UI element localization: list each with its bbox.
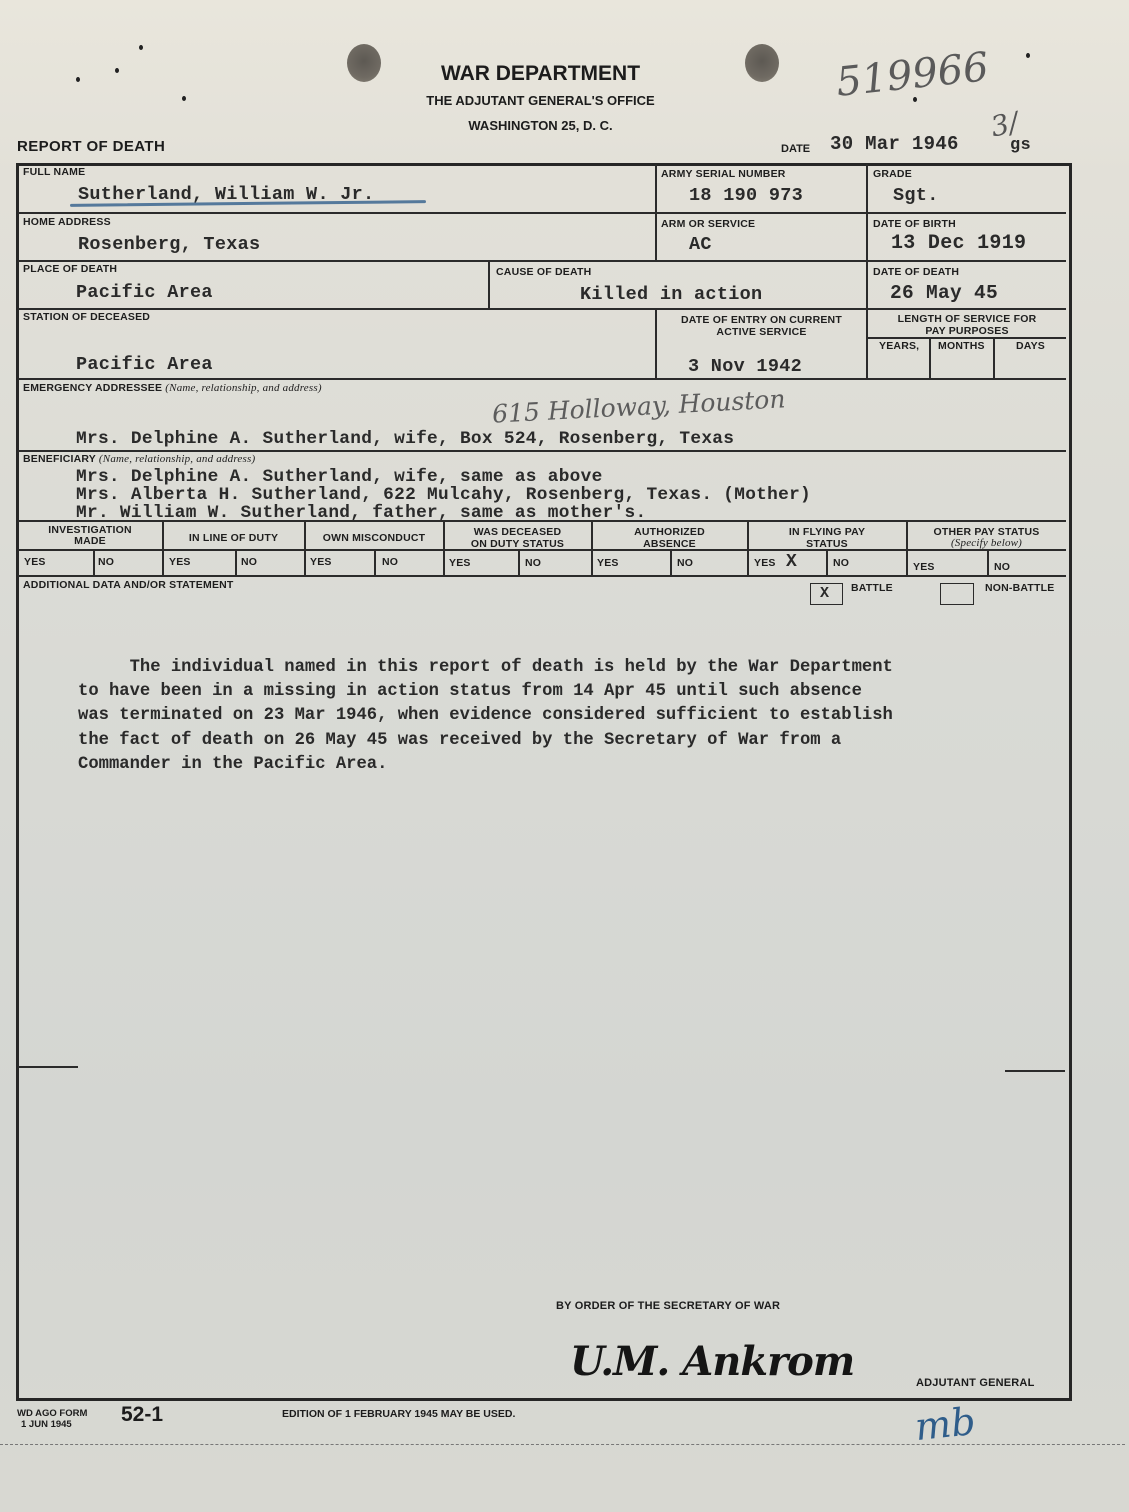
investigation-header-2: MADE xyxy=(18,535,162,547)
form-title: REPORT OF DEATH xyxy=(17,138,165,155)
additional-data-label: ADDITIONAL DATA AND/OR STATEMENT xyxy=(23,579,234,591)
other-pay-no[interactable]: NO xyxy=(994,561,1010,573)
home-address-value: Rosenberg, Texas xyxy=(78,234,260,255)
non-battle-label: NON-BATTLE xyxy=(985,582,1054,594)
rule xyxy=(488,261,490,308)
cause-of-death-value: Killed in action xyxy=(580,284,762,305)
station-label: STATION OF DECEASED xyxy=(23,311,150,323)
misconduct-header: OWN MISCONDUCT xyxy=(305,532,443,544)
by-order-text: BY ORDER OF THE SECRETARY OF WAR xyxy=(556,1300,780,1312)
signature-title: ADJUTANT GENERAL xyxy=(916,1377,1035,1389)
cause-of-death-label: CAUSE OF DEATH xyxy=(496,266,591,278)
date-of-birth-label: DATE OF BIRTH xyxy=(873,218,956,230)
investigation-yes[interactable]: YES xyxy=(24,556,46,568)
non-battle-checkbox[interactable] xyxy=(940,583,974,605)
rule xyxy=(18,450,1066,452)
flying-pay-header-2: STATUS xyxy=(748,538,906,550)
emergency-addressee-title: EMERGENCY ADDRESSEE xyxy=(23,382,162,394)
report-date: 30 Mar 1946 xyxy=(830,133,959,155)
dashed-edge xyxy=(0,1444,1125,1445)
line-of-duty-yes[interactable]: YES xyxy=(169,556,191,568)
duty-status-no[interactable]: NO xyxy=(525,557,541,569)
rule xyxy=(866,164,868,378)
entry-date-label-1: DATE OF ENTRY ON CURRENT xyxy=(657,314,866,326)
rule xyxy=(18,308,1066,310)
rule xyxy=(655,164,657,213)
rule xyxy=(993,338,995,378)
months-label: MONTHS xyxy=(938,340,985,352)
rule xyxy=(868,337,1066,339)
duty-status-header-2: ON DUTY STATUS xyxy=(444,538,591,550)
grade-label: GRADE xyxy=(873,168,912,180)
other-pay-hint: (Specify below) xyxy=(951,537,1022,549)
rule xyxy=(655,213,657,260)
station-value: Pacific Area xyxy=(76,354,213,375)
speck xyxy=(1026,53,1030,58)
rule xyxy=(18,378,1066,380)
other-pay-yes[interactable]: YES xyxy=(913,561,935,573)
battle-checkbox[interactable]: X xyxy=(810,583,843,605)
rule xyxy=(18,212,1066,214)
rule xyxy=(929,338,931,378)
entry-date-label-2: ACTIVE SERVICE xyxy=(657,326,866,338)
absence-header-1: AUTHORIZED xyxy=(592,526,747,538)
flying-pay-no[interactable]: NO xyxy=(833,557,849,569)
beneficiary-hint: (Name, relationship, and address) xyxy=(99,453,255,465)
flying-pay-yes[interactable]: YES xyxy=(754,557,776,569)
date-of-death-label: DATE OF DEATH xyxy=(873,266,959,278)
rule xyxy=(374,550,376,575)
service-length-label-2: PAY PURPOSES xyxy=(868,325,1066,337)
battle-check-mark: X xyxy=(820,585,829,602)
rule xyxy=(93,550,95,575)
rule xyxy=(235,550,237,575)
arm-service-value: AC xyxy=(689,234,712,255)
beneficiary-label: BENEFICIARY (Name, relationship, and add… xyxy=(23,453,255,465)
date-of-birth-value: 13 Dec 1919 xyxy=(891,232,1026,255)
fold-mark-right xyxy=(1005,1070,1065,1072)
rule xyxy=(304,521,306,575)
arm-service-label: ARM OR SERVICE xyxy=(661,218,755,230)
typist-initials: gs xyxy=(1010,136,1031,155)
form-label-line-2: 1 JUN 1945 xyxy=(21,1419,72,1430)
beneficiary-title: BENEFICIARY xyxy=(23,453,96,465)
beneficiary-line-1: Mrs. Delphine A. Sutherland, wife, same … xyxy=(76,467,603,487)
emergency-addressee-value: Mrs. Delphine A. Sutherland, wife, Box 5… xyxy=(76,429,734,449)
absence-yes[interactable]: YES xyxy=(597,557,619,569)
rule xyxy=(18,575,1066,577)
entry-date-value: 3 Nov 1942 xyxy=(688,356,802,377)
misconduct-no[interactable]: NO xyxy=(382,556,398,568)
beneficiary-line-2: Mrs. Alberta H. Sutherland, 622 Mulcahy,… xyxy=(76,485,811,505)
fold-mark-left xyxy=(18,1066,78,1068)
emergency-addressee-hint: (Name, relationship, and address) xyxy=(165,382,321,394)
rule xyxy=(826,550,828,575)
investigation-no[interactable]: NO xyxy=(98,556,114,568)
misconduct-yes[interactable]: YES xyxy=(310,556,332,568)
days-label: DAYS xyxy=(1016,340,1045,352)
absence-header-2: ABSENCE xyxy=(592,538,747,550)
place-of-death-value: Pacific Area xyxy=(76,282,213,303)
date-of-death-value: 26 May 45 xyxy=(890,282,998,304)
rule xyxy=(518,550,520,575)
line-of-duty-no[interactable]: NO xyxy=(241,556,257,568)
line-of-duty-header: IN LINE OF DUTY xyxy=(163,532,304,544)
beneficiary-line-3: Mr. William W. Sutherland, father, same … xyxy=(76,503,646,523)
blue-ink-initials: mb xyxy=(913,1399,978,1449)
date-label: DATE xyxy=(781,143,810,155)
office-location: WASHINGTON 25, D. C. xyxy=(0,118,1105,133)
grade-value: Sgt. xyxy=(893,185,939,206)
form-label-line-1: WD AGO FORM xyxy=(17,1408,87,1419)
home-address-label: HOME ADDRESS xyxy=(23,216,111,228)
rule xyxy=(987,550,989,575)
other-pay-header-2: (Specify below) xyxy=(907,537,1066,549)
duty-status-yes[interactable]: YES xyxy=(449,557,471,569)
rule xyxy=(162,521,164,575)
statement-text: The individual named in this report of d… xyxy=(78,656,1038,777)
edition-note: EDITION OF 1 FEBRUARY 1945 MAY BE USED. xyxy=(282,1408,515,1420)
emergency-addressee-label: EMERGENCY ADDRESSEE (Name, relationship,… xyxy=(23,382,322,394)
form-number: 52-1 xyxy=(121,1403,163,1427)
years-label: YEARS, xyxy=(879,340,919,352)
absence-no[interactable]: NO xyxy=(677,557,693,569)
rule xyxy=(18,260,1066,262)
battle-label: BATTLE xyxy=(851,582,893,594)
service-length-label-1: LENGTH OF SERVICE FOR xyxy=(868,313,1066,325)
serial-number-label: ARMY SERIAL NUMBER xyxy=(661,168,786,180)
duty-status-header-1: WAS DECEASED xyxy=(444,526,591,538)
speck xyxy=(139,45,143,50)
rule xyxy=(670,550,672,575)
signature: U.M. Ankrom xyxy=(570,1338,854,1385)
full-name-label: FULL NAME xyxy=(23,166,85,178)
flying-pay-yes-mark: X xyxy=(786,552,797,572)
place-of-death-label: PLACE OF DEATH xyxy=(23,263,117,275)
serial-number-value: 18 190 973 xyxy=(689,185,803,206)
flying-pay-header-1: IN FLYING PAY xyxy=(748,526,906,538)
